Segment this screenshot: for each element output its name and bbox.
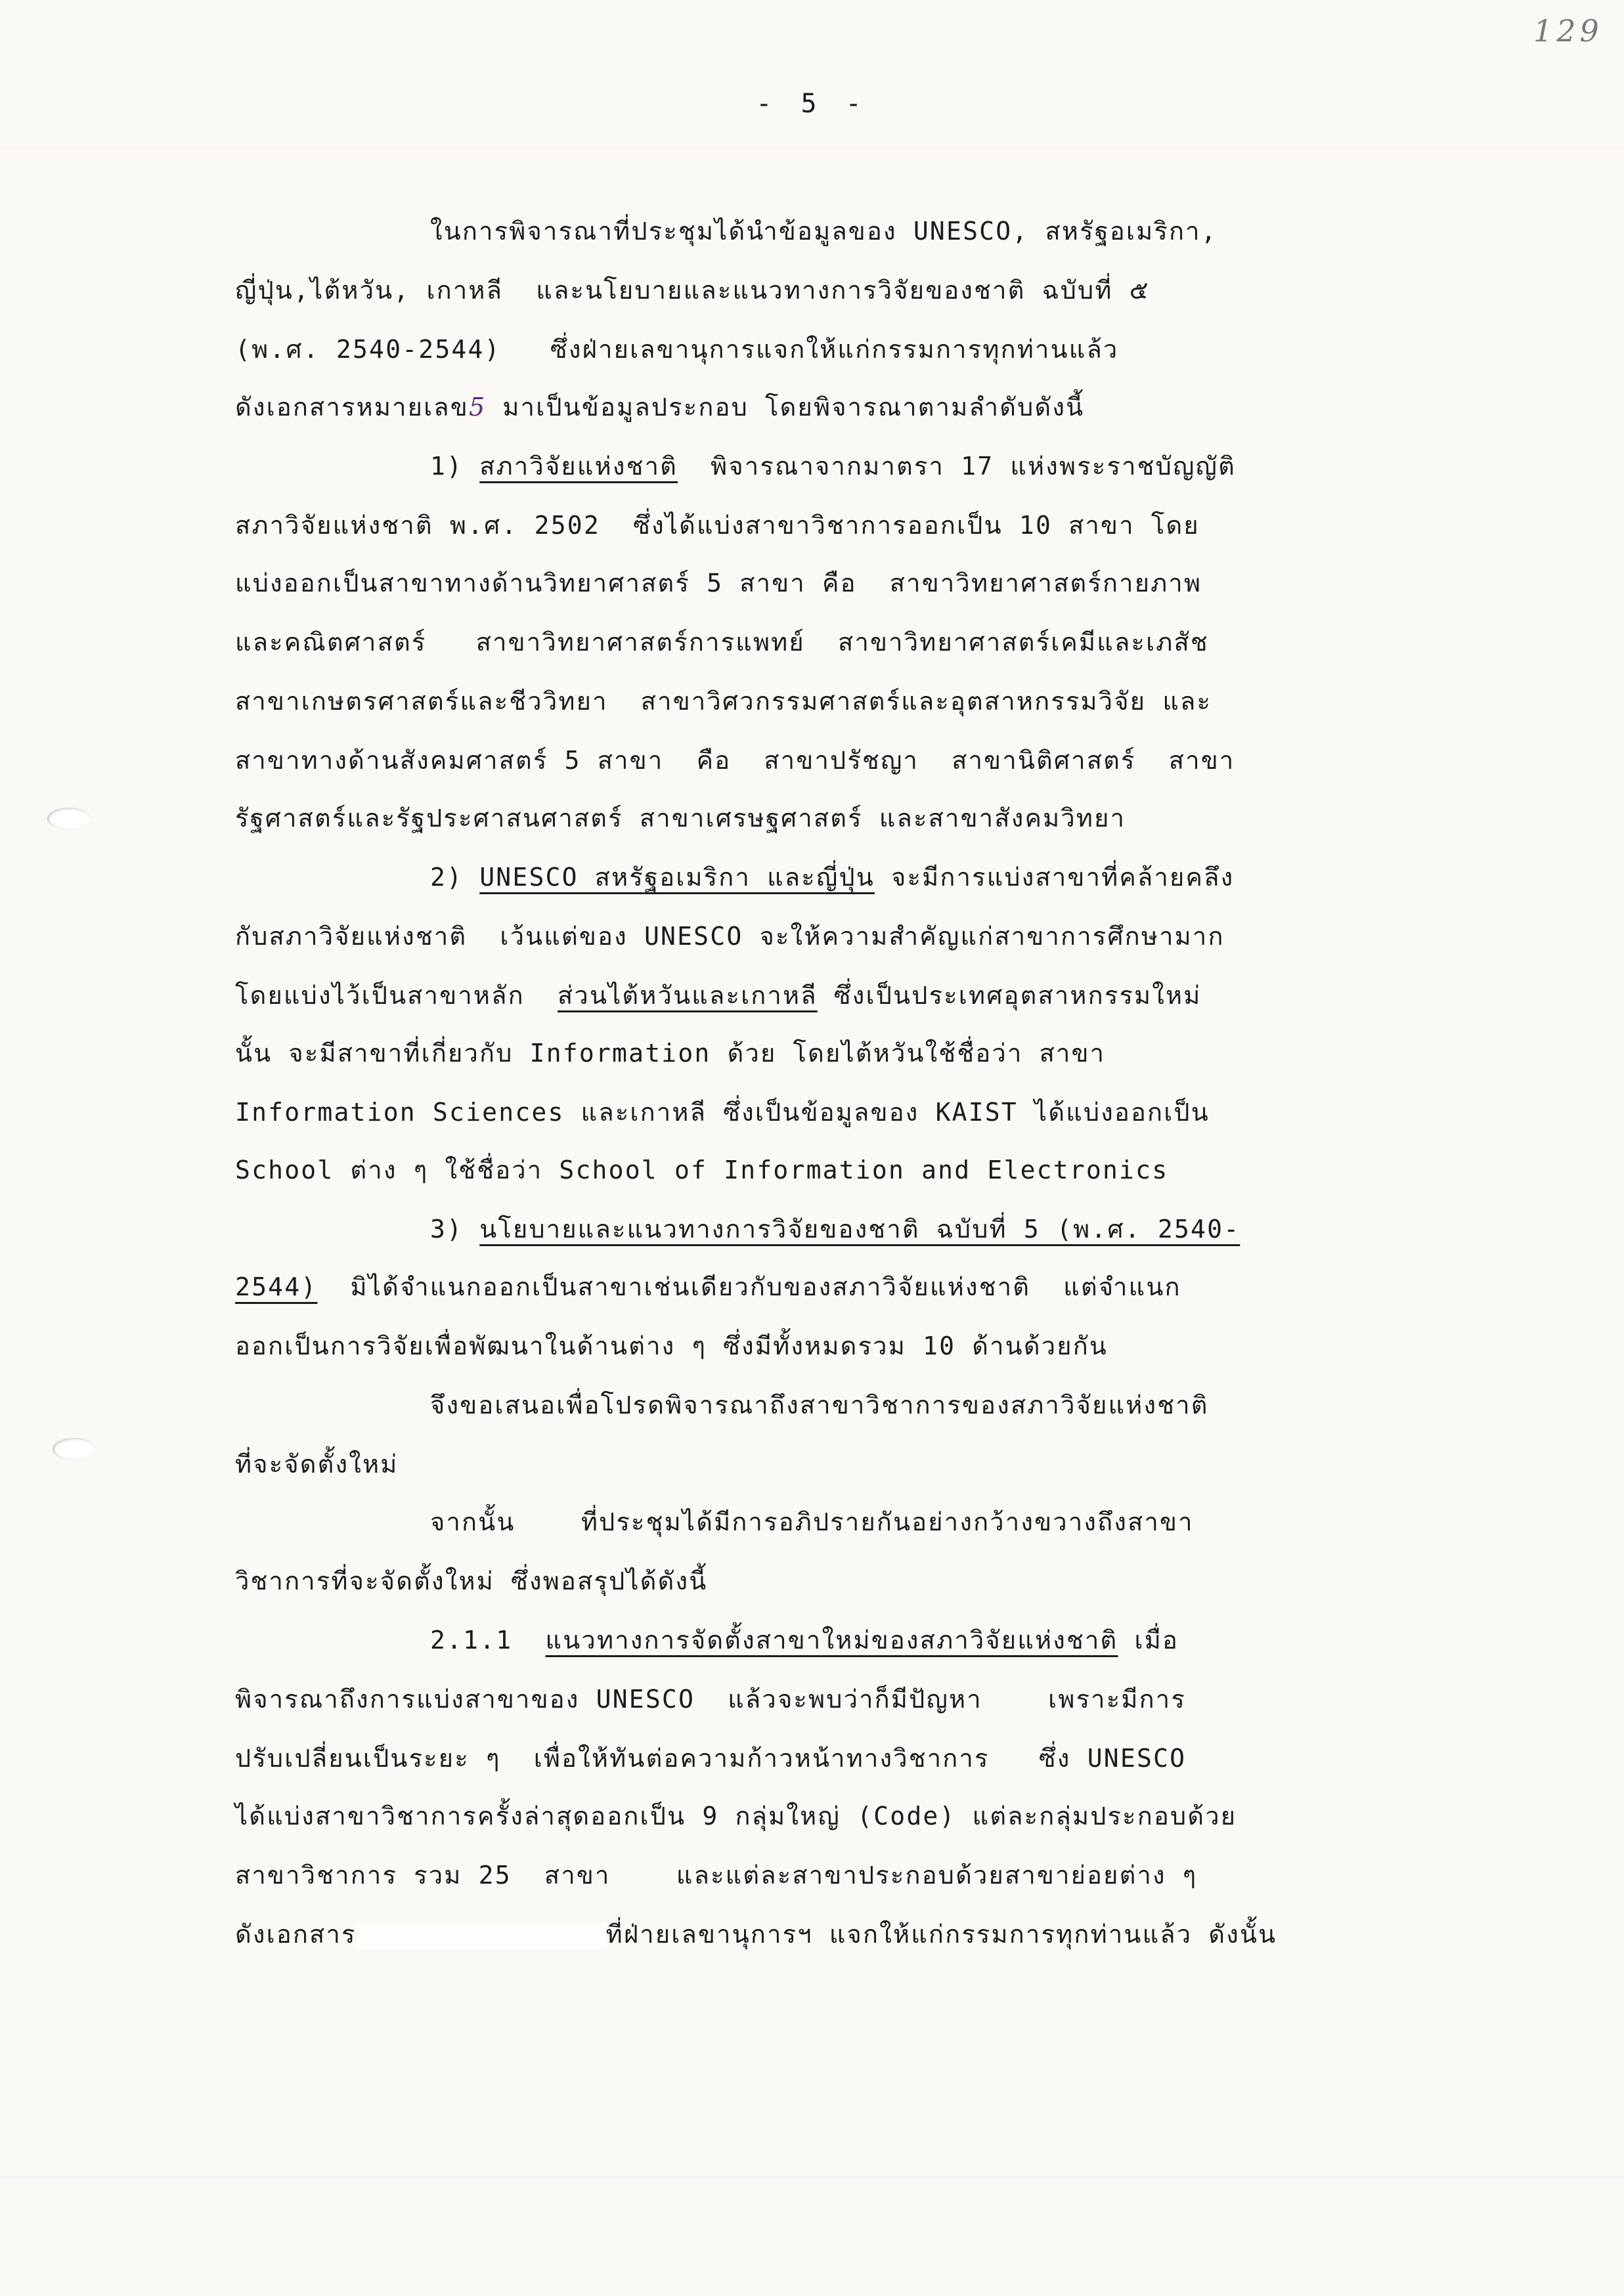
text-line: สาขาเกษตรศาสตร์และชีววิทยา สาขาวิศวกรรมศ… xyxy=(235,682,1212,721)
text-segment: ได้แบ่งสาขาวิชาการครั้งล่าสุดออกเป็น 9 ก… xyxy=(235,1802,1237,1830)
text-line: และคณิตศาสตร์ สาขาวิทยาศาสตร์การแพทย์ สา… xyxy=(235,622,1209,662)
text-segment: เมื่อ xyxy=(1118,1626,1179,1655)
text-segment: ที่ฝ่ายเลขานุการฯ แจกให้แก่กรรมการทุกท่า… xyxy=(606,1920,1277,1949)
text-segment: ปรับเปลี่ยนเป็นระยะ ๆ เพื่อให้ทันต่อความ… xyxy=(235,1744,1186,1773)
text-segment: รัฐศาสตร์และรัฐประศาสนศาสตร์ สาขาเศรษฐศา… xyxy=(235,804,1126,833)
text-line: School ต่าง ๆ ใช้ชื่อว่า School of Infor… xyxy=(235,1150,1168,1190)
text-segment: สาขาทางด้านสังคมศาสตร์ 5 สาขา คือ สาขาปร… xyxy=(235,746,1235,775)
handwritten-page-number: 129 xyxy=(1533,13,1603,49)
text-segment: พิจารณาจากมาตรา 17 แห่งพระราชบัญญัติ xyxy=(678,452,1236,481)
text-line: รัฐศาสตร์และรัฐประศาสนศาสตร์ สาขาเศรษฐศา… xyxy=(235,798,1126,838)
redacted-region xyxy=(357,1923,606,1949)
underlined-heading: UNESCO สหรัฐอเมริกา และญี่ปุ่น xyxy=(479,863,875,892)
text-segment: นั้น จะมีสาขาที่เกี่ยวกับ Information ด้… xyxy=(235,1039,1105,1068)
text-segment: (พ.ศ. 2540-2544) ซึ่งฝ่ายเลขานุการแจกให้… xyxy=(235,335,1118,364)
text-line: พิจารณาถึงการแบ่งสาขาของ UNESCO แล้วจะพบ… xyxy=(235,1679,1186,1719)
underlined-heading: นโยบายและแนวทางการวิจัยของชาติ ฉบับที่ 5… xyxy=(479,1215,1240,1244)
text-segment: สาขาเกษตรศาสตร์และชีววิทยา สาขาวิศวกรรมศ… xyxy=(235,687,1212,716)
text-segment: มาเป็นข้อมูลประกอบ โดยพิจารณาตามลำดับดัง… xyxy=(486,393,1084,422)
underlined-heading: 2544) xyxy=(235,1272,317,1301)
text-segment: พิจารณาถึงการแบ่งสาขาของ UNESCO แล้วจะพบ… xyxy=(235,1685,1186,1714)
text-line: โดยแบ่งไว้เป็นสาขาหลัก ส่วนไต้หวันและเกา… xyxy=(235,976,1202,1015)
text-line: จากนั้น ที่ประชุมได้มีการอภิปรายกันอย่าง… xyxy=(430,1502,1194,1542)
text-line: Information Sciences และเกาหลี ซึ่งเป็นข… xyxy=(235,1093,1210,1132)
text-segment: และคณิตศาสตร์ สาขาวิทยาศาสตร์การแพทย์ สา… xyxy=(235,628,1209,657)
underlined-heading: สภาวิจัยแห่งชาติ xyxy=(479,452,678,481)
text-segment: จะมีการแบ่งสาขาที่คล้ายคลึง xyxy=(875,863,1234,892)
text-line: จึงขอเสนอเพื่อโปรดพิจารณาถึงสาขาวิชาการข… xyxy=(430,1385,1209,1425)
text-line: ปรับเปลี่ยนเป็นระยะ ๆ เพื่อให้ทันต่อความ… xyxy=(235,1739,1186,1778)
text-line: 1) สภาวิจัยแห่งชาติ พิจารณาจากมาตรา 17 แ… xyxy=(430,446,1236,486)
text-segment: จากนั้น ที่ประชุมได้มีการอภิปรายกันอย่าง… xyxy=(430,1507,1194,1536)
text-line: ได้แบ่งสาขาวิชาการครั้งล่าสุดออกเป็น 9 ก… xyxy=(235,1796,1237,1836)
text-segment: ญี่ปุ่น,ไต้หวัน, เกาหลี และนโยบายและแนวท… xyxy=(235,276,1150,305)
text-line: ดังเอกสารหมายเลข5 มาเป็นข้อมูลประกอบ โดย… xyxy=(235,387,1084,427)
text-line: นั้น จะมีสาขาที่เกี่ยวกับ Information ด้… xyxy=(235,1033,1105,1073)
text-line: ในการพิจารณาที่ประชุมได้นำข้อมูลของ UNES… xyxy=(430,211,1218,251)
text-segment: 3) xyxy=(430,1215,479,1244)
text-segment: 2) xyxy=(430,863,479,892)
text-segment: 1) xyxy=(430,452,479,481)
text-line: 2.1.1 แนวทางการจัดตั้งสาขาใหม่ของสภาวิจั… xyxy=(430,1620,1179,1660)
text-line: 2) UNESCO สหรัฐอเมริกา และญี่ปุ่น จะมีกา… xyxy=(430,857,1234,897)
text-line: (พ.ศ. 2540-2544) ซึ่งฝ่ายเลขานุการแจกให้… xyxy=(235,330,1118,369)
text-line: ดังเอกสารที่ฝ่ายเลขานุการฯ แจกให้แก่กรรม… xyxy=(235,1915,1277,1954)
text-line: วิชาการที่จะจัดตั้งใหม่ ซึ่งพอสรุปได้ดัง… xyxy=(235,1561,707,1601)
underlined-heading: ส่วนไต้หวันและเกาหลี xyxy=(558,981,818,1010)
punch-hole-top xyxy=(47,808,91,830)
text-segment: จึงขอเสนอเพื่อโปรดพิจารณาถึงสาขาวิชาการข… xyxy=(430,1391,1209,1419)
text-line: 2544) มิได้จำแนกออกเป็นสาขาเช่นเดียวกับข… xyxy=(235,1267,1181,1307)
text-segment: กับสภาวิจัยแห่งชาติ เว้นแต่ของ UNESCO จะ… xyxy=(235,922,1225,951)
punch-hole-bottom xyxy=(53,1438,96,1460)
text-segment: ดังเอกสาร xyxy=(235,1920,357,1949)
page-header: - 5 - xyxy=(0,89,1624,119)
text-line: ที่จะจัดตั้งใหม่ xyxy=(235,1444,399,1484)
text-segment: ในการพิจารณาที่ประชุมได้นำข้อมูลของ UNES… xyxy=(430,217,1218,246)
text-line: กับสภาวิจัยแห่งชาติ เว้นแต่ของ UNESCO จะ… xyxy=(235,917,1225,956)
text-segment: สภาวิจัยแห่งชาติ พ.ศ. 2502 ซึ่งได้แบ่งสา… xyxy=(235,511,1200,540)
handwritten-document-number: 5 xyxy=(469,393,486,422)
text-segment: 2.1.1 xyxy=(430,1626,546,1655)
text-segment: Information Sciences และเกาหลี ซึ่งเป็นข… xyxy=(235,1098,1210,1127)
text-segment: วิชาการที่จะจัดตั้งใหม่ ซึ่งพอสรุปได้ดัง… xyxy=(235,1567,707,1595)
text-segment: ที่จะจัดตั้งใหม่ xyxy=(235,1450,399,1479)
text-segment: ออกเป็นการวิจัยเพื่อพัฒนาในด้านต่าง ๆ ซึ… xyxy=(235,1332,1108,1360)
text-line: แบ่งออกเป็นสาขาทางด้านวิทยาศาสตร์ 5 สาขา… xyxy=(235,563,1202,603)
text-segment: School ต่าง ๆ ใช้ชื่อว่า School of Infor… xyxy=(235,1156,1168,1184)
text-segment: ดังเอกสารหมายเลข xyxy=(235,393,469,422)
underlined-heading: แนวทางการจัดตั้งสาขาใหม่ของสภาวิจัยแห่งช… xyxy=(546,1626,1118,1655)
text-line: ออกเป็นการวิจัยเพื่อพัฒนาในด้านต่าง ๆ ซึ… xyxy=(235,1326,1108,1366)
text-segment: แบ่งออกเป็นสาขาทางด้านวิทยาศาสตร์ 5 สาขา… xyxy=(235,569,1202,597)
text-segment: ซึ่งเป็นประเทศอุตสาหกรรมใหม่ xyxy=(818,981,1202,1010)
text-segment: มิได้จำแนกออกเป็นสาขาเช่นเดียวกับของสภาว… xyxy=(317,1272,1181,1301)
text-line: สาขาวิชาการ รวม 25 สาขา และแต่ละสาขาประก… xyxy=(235,1855,1197,1895)
text-line: สภาวิจัยแห่งชาติ พ.ศ. 2502 ซึ่งได้แบ่งสา… xyxy=(235,506,1200,545)
text-segment: สาขาวิชาการ รวม 25 สาขา และแต่ละสาขาประก… xyxy=(235,1861,1197,1890)
scan-artifact-line xyxy=(0,2177,1624,2178)
text-line: สาขาทางด้านสังคมศาสตร์ 5 สาขา คือ สาขาปร… xyxy=(235,741,1235,780)
scan-artifact-line xyxy=(0,148,1624,149)
text-line: 3) นโยบายและแนวทางการวิจัยของชาติ ฉบับที… xyxy=(430,1209,1240,1249)
text-segment: โดยแบ่งไว้เป็นสาขาหลัก xyxy=(235,981,558,1010)
text-line: ญี่ปุ่น,ไต้หวัน, เกาหลี และนโยบายและแนวท… xyxy=(235,271,1150,310)
